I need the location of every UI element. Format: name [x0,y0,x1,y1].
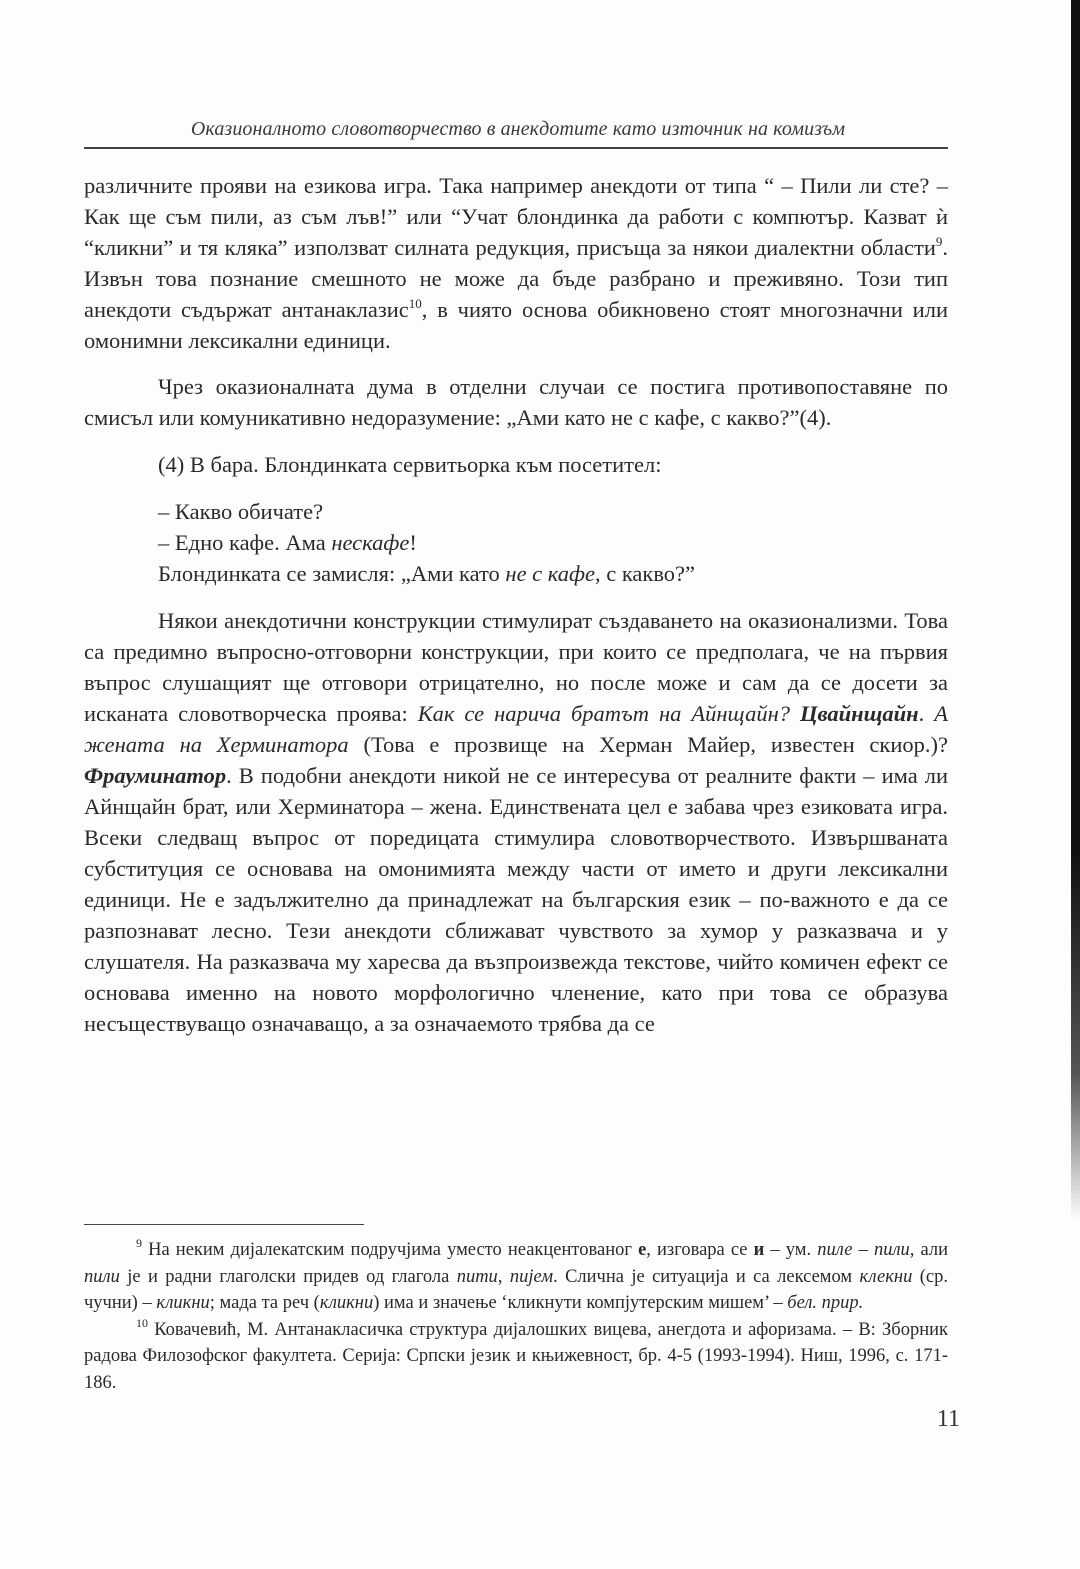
paragraph-occasional-word: Чрез оказионалната дума в отделни случаи… [84,371,948,433]
paragraph-anecdotal-constructions: Някои анекдотични конструкции стимулират… [84,605,948,1039]
page-number: 11 [930,1406,960,1433]
scan-edge-shadow [1071,0,1080,1220]
running-head: Оказионалното словотворчество в анекдоти… [84,118,952,141]
footnote-marker: 10 [136,1316,148,1330]
example-4-line-2: – Едно кафе. Ама нескафе! [84,527,948,558]
footnote-rule [84,1224,364,1225]
example-4-line-3: Блондинката се замисля: „Ами като не с к… [84,558,948,589]
paragraph-wordplay-intro: различните прояви на езикова игра. Така … [84,170,948,356]
example-4-line-1: – Какво обичате? [84,496,948,527]
header-rule [84,147,948,149]
footnote-marker: 10 [409,296,422,311]
footnote-10: 10 Ковачевић, М. Антанакласичка структур… [84,1317,948,1397]
footnotes: 9 На неким дијалекатским подручјима умес… [84,1237,948,1396]
footnote-9: 9 На неким дијалекатским подручјима умес… [84,1237,948,1317]
footnote-marker: 9 [936,234,943,249]
example-4-title: (4) В бара. Блондинката сервитьорка към … [84,449,948,480]
body-text: различните прояви на езикова игра. Така … [84,170,948,1039]
footnote-marker: 9 [136,1236,142,1250]
